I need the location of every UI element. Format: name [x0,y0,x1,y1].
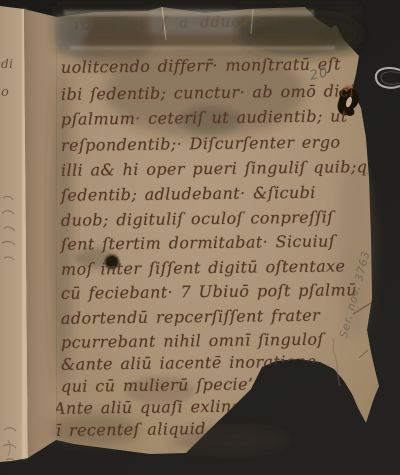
stub-text-fragment: di [1,57,14,71]
faded-header-line: rdum pu ſ a dduoſ um [74,12,349,34]
manuscript-line: pſalmum· ceteriſ ut audientib; ut [61,105,367,135]
manuscript-photo: rdum pu ſ a dduoſ um uolitcendo differr̃… [0,0,400,475]
stub-text-fragment: o [1,85,9,100]
metal-clip [376,68,400,88]
